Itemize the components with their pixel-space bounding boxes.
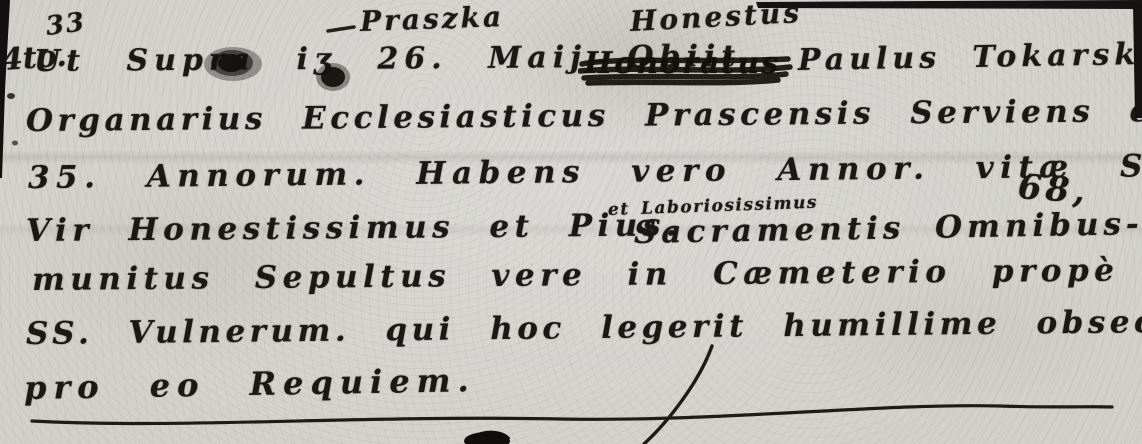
header-dash (328, 27, 354, 31)
record-line-7: pro eo Requiem. (24, 364, 476, 404)
age-number: 68, (1017, 170, 1090, 209)
record-line-5: munitus Sepultus vere in Cæmeterio propè… (32, 253, 1142, 296)
record-line-6: SS. Vulnerum. qui hoc legerit humillime … (26, 305, 1142, 350)
page-edge-left (0, 0, 10, 178)
place-header: Praszka (360, 3, 505, 36)
record-line-2: Organarius Ecclesiasticus Prascensis Ser… (26, 94, 1142, 137)
record-line-3: 35. Annorum. Habens vero Annor. vitæ Suæ (28, 151, 1142, 194)
record-line-4-post: Sacramentis Omnibus- (634, 209, 1142, 249)
struck-word: Honoratus (584, 49, 780, 79)
document-scan: 33 Praszka Honestus 4to. Ut Supra iʒ 26.… (0, 0, 1142, 444)
margin-number: 33 (44, 9, 87, 40)
page-edge-top-right (756, 0, 1142, 9)
next-entry-fragment (464, 432, 510, 444)
record-line-1-post: Paulus Tokarski (798, 40, 1142, 76)
header-insertion-honestus: Honestus (629, 0, 802, 36)
struck-word-text: Honoratus (584, 46, 780, 81)
record-line-4-pre: Vir Honestissimus et Pius. (26, 210, 682, 247)
descender-cross-stroke (644, 346, 712, 444)
flourish-underline (32, 406, 1112, 424)
